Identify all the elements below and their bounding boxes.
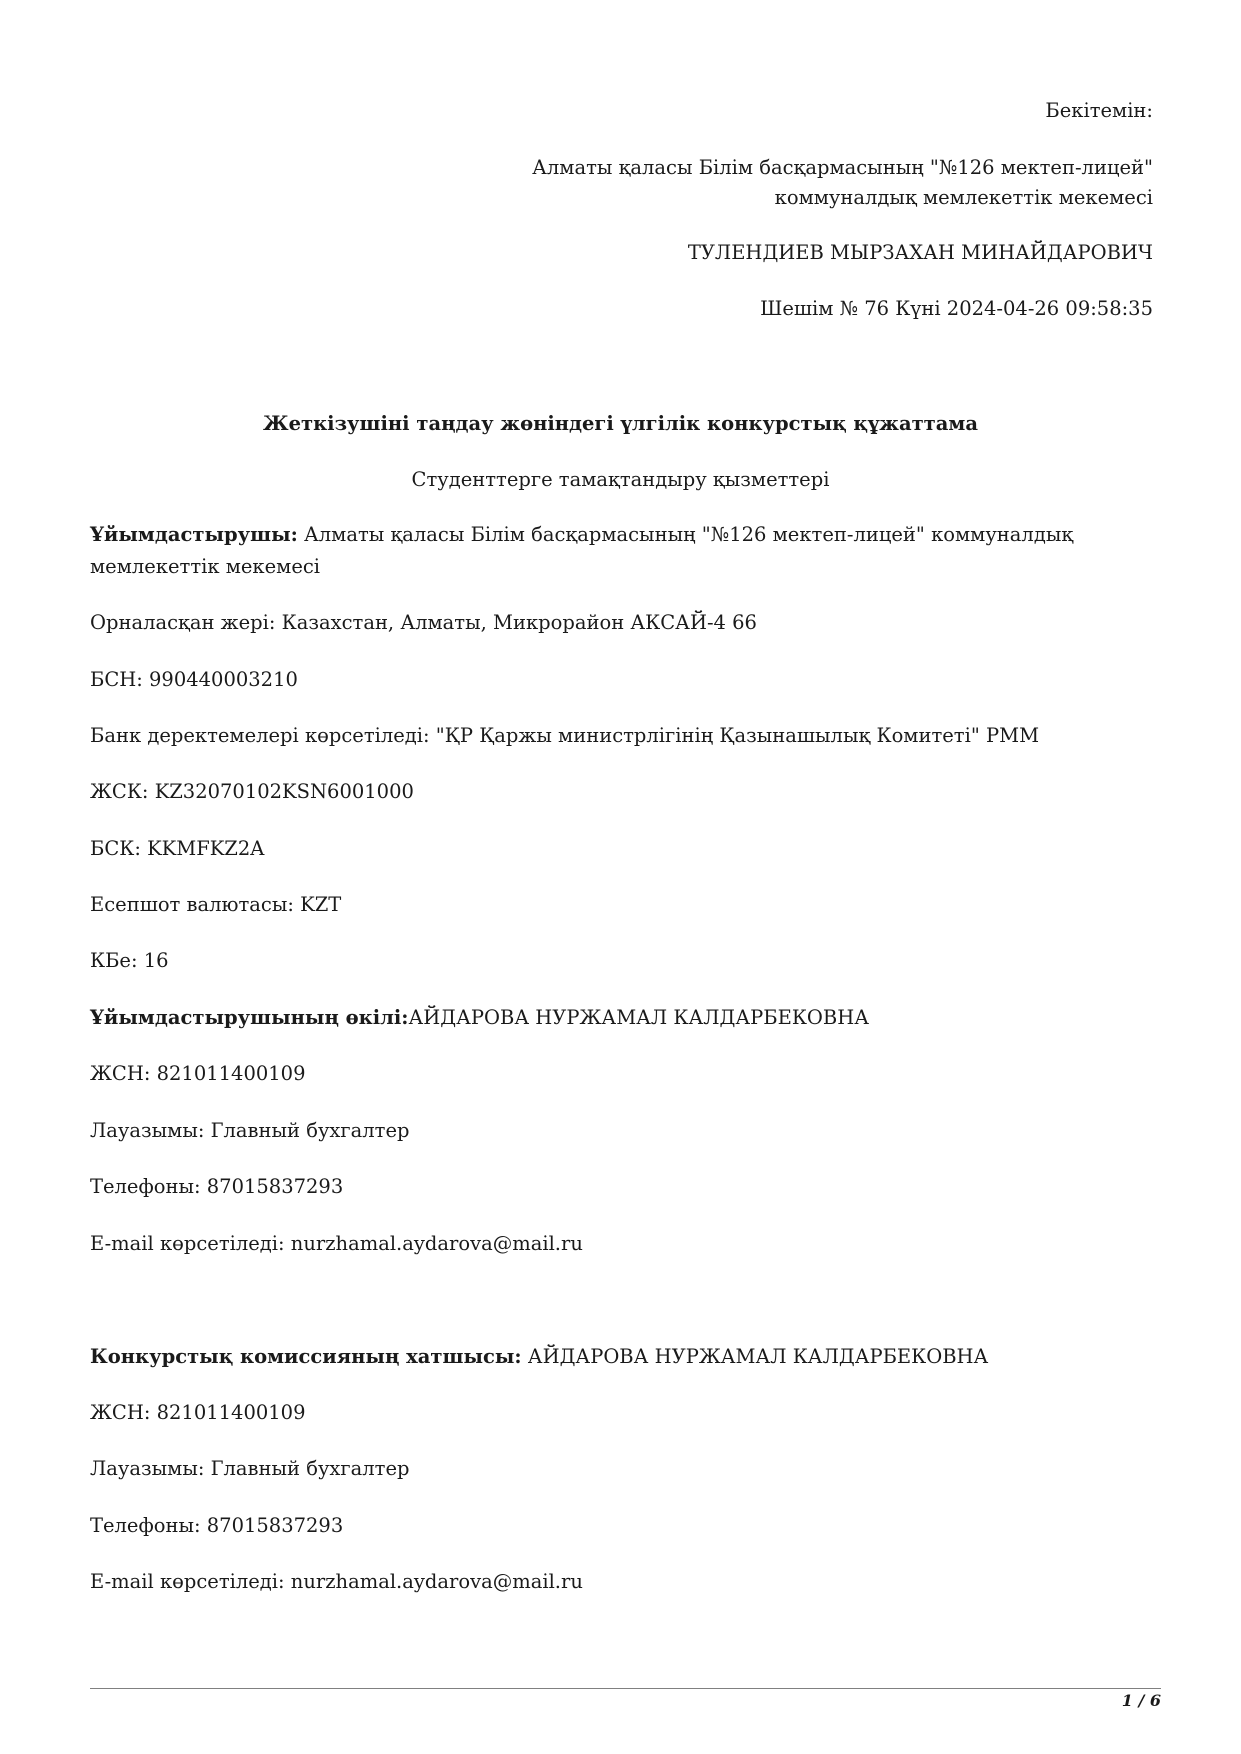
organizer-iik: ЖСК: KZ32070102KSN6001000	[90, 776, 414, 808]
document-subtitle: Студенттерге тамақтандыру қызметтері	[0, 464, 1241, 496]
approver-name: ТУЛЕНДИЕВ МЫРЗАХАН МИНАЙДАРОВИЧ	[688, 237, 1153, 269]
decision-info: Шешім № 76 Күні 2024-04-26 09:58:35	[760, 293, 1153, 325]
approver-org-line1: Алматы қаласы Білім басқармасының "№126 …	[532, 152, 1153, 184]
organizer-bik: БСК: KKMFKZ2A	[90, 833, 264, 865]
secretary-label: Конкурстық комиссияның хатшысы:	[90, 1345, 522, 1368]
organizer-bank: Банк деректемелері көрсетіледі: "ҚР Қарж…	[90, 720, 1039, 752]
organizer-bin: БСН: 990440003210	[90, 664, 298, 696]
organizer-value: Алматы қаласы Білім басқармасының "№126 …	[298, 523, 1073, 546]
organizer-line: Ұйымдастырушы: Алматы қаласы Білім басқа…	[90, 519, 1073, 551]
secretary-name: АЙДАРОВА НУРЖАМАЛ КАЛДАРБЕКОВНА	[522, 1345, 989, 1368]
approver-org-line2: коммуналдық мемлекеттік мекемесі	[775, 182, 1153, 214]
secretary-iin: ЖСН: 821011400109	[90, 1397, 305, 1429]
representative-email[interactable]: E-mail көрсетіледі: nurzhamal.aydarova@m…	[90, 1228, 583, 1260]
secretary-phone: Телефоны: 87015837293	[90, 1510, 343, 1542]
secretary-position: Лауазымы: Главный бухгалтер	[90, 1453, 409, 1485]
organizer-label: Ұйымдастырушы:	[90, 523, 298, 546]
representative-position: Лауазымы: Главный бухгалтер	[90, 1115, 409, 1147]
organizer-value-line2: мемлекеттік мекемесі	[90, 551, 320, 583]
organizer-kbe: КБе: 16	[90, 945, 169, 977]
secretary-line: Конкурстық комиссияның хатшысы: АЙДАРОВА…	[90, 1341, 988, 1373]
representative-iin: ЖСН: 821011400109	[90, 1058, 305, 1090]
document-title: Жеткізушіні таңдау жөніндегі үлгілік кон…	[0, 408, 1241, 440]
representative-name: АЙДАРОВА НУРЖАМАЛ КАЛДАРБЕКОВНА	[409, 1006, 870, 1029]
representative-label: Ұйымдастырушының өкілі:	[90, 1006, 409, 1029]
footer-divider	[90, 1688, 1161, 1689]
representative-line: Ұйымдастырушының өкілі:АЙДАРОВА НУРЖАМАЛ…	[90, 1002, 869, 1034]
secretary-email[interactable]: E-mail көрсетіледі: nurzhamal.aydarova@m…	[90, 1566, 583, 1598]
approve-label: Бекітемін:	[1045, 95, 1153, 127]
organizer-address: Орналасқан жері: Казахстан, Алматы, Микр…	[90, 607, 757, 639]
page-number: 1 / 6	[1122, 1688, 1161, 1714]
organizer-currency: Есепшот валютасы: KZT	[90, 889, 341, 921]
representative-phone: Телефоны: 87015837293	[90, 1171, 343, 1203]
